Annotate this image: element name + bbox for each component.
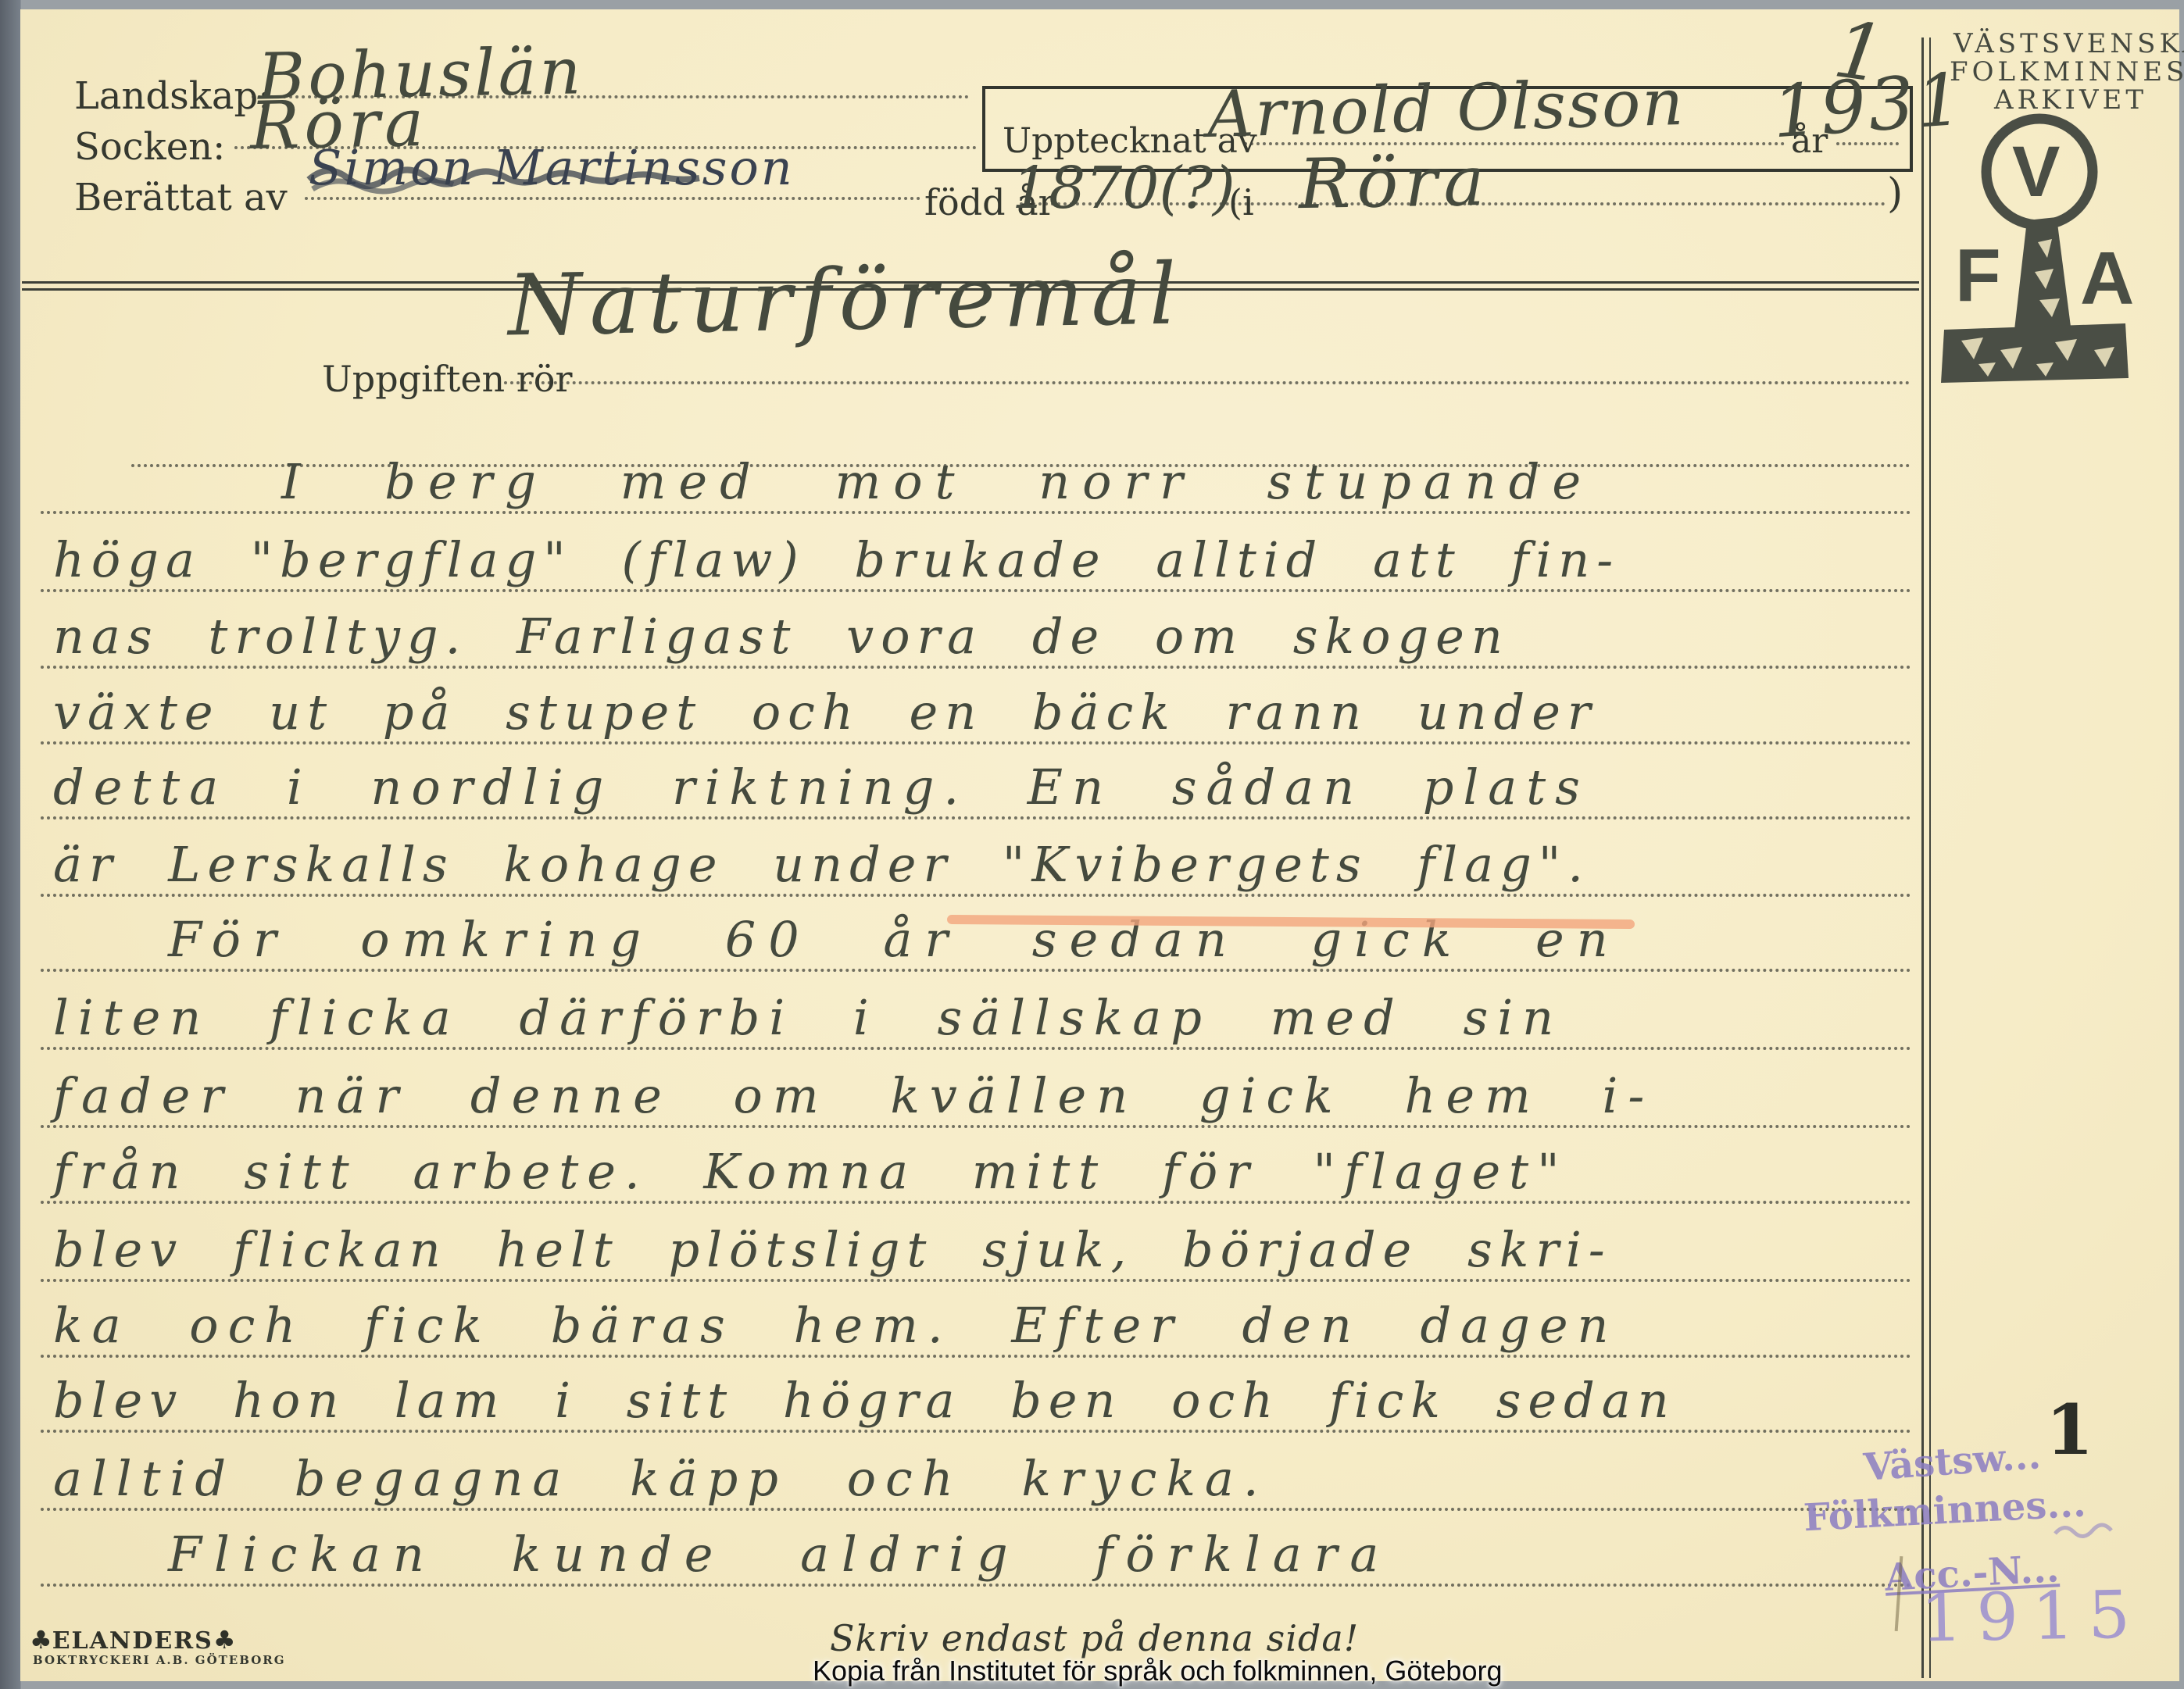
ruled-line-1 bbox=[41, 511, 1912, 514]
manuscript-line-6: är Lerskalls kohage under "Kvibergets fl… bbox=[53, 836, 1590, 893]
ruled-line-6 bbox=[41, 894, 1912, 897]
ruled-line-13 bbox=[41, 1430, 1912, 1433]
archive-name-line2: FOLKMINNES- bbox=[1950, 56, 2184, 87]
fodd-i-label: (i bbox=[1228, 181, 1254, 223]
ruled-line-14 bbox=[41, 1508, 1912, 1511]
ruled-line-10 bbox=[41, 1201, 1912, 1204]
manuscript-line-2: höga "bergflag" (flaw) brukade alltid at… bbox=[53, 531, 1620, 588]
printer-ornament-right: ♣ bbox=[213, 1625, 236, 1655]
manuscript-line-12: ka och fick bäras hem. Efter den dagen bbox=[53, 1297, 1617, 1354]
subject-value: Naturföremål bbox=[507, 245, 1185, 355]
landskap-label: Landskap: bbox=[74, 74, 270, 118]
manuscript-line-14: alltid begagna käpp och krycka. bbox=[53, 1450, 1268, 1507]
ruled-line-3 bbox=[41, 666, 1912, 669]
manuscript-line-9: fader när denne om kvällen gick hem i- bbox=[53, 1067, 1654, 1124]
printer-imprint: ♣ELANDERS♣ bbox=[30, 1625, 236, 1655]
manuscript-line-3: nas trolltyg. Farligast vora de om skoge… bbox=[53, 608, 1510, 665]
page-number-side: 1 bbox=[2046, 1389, 2093, 1470]
pen-squiggle bbox=[2051, 1514, 2121, 1545]
manuscript-line-1: I berg med mot norr stupande bbox=[281, 453, 1593, 510]
ruled-line-2 bbox=[41, 589, 1912, 592]
write-one-side-note: Skriv endast på denna sida! bbox=[830, 1617, 1359, 1659]
margin-rule-outer bbox=[1921, 37, 1924, 1678]
ruled-line-15 bbox=[41, 1584, 1912, 1587]
printer-ornament-left: ♣ bbox=[30, 1625, 52, 1655]
paren-close: ) bbox=[1887, 170, 1903, 217]
manuscript-line-13: blev hon lam i sitt högra ben och fick s… bbox=[53, 1372, 1676, 1429]
fodd-value: 1870(?) bbox=[1012, 155, 1235, 222]
ruled-line-8 bbox=[41, 1047, 1912, 1050]
subject-line bbox=[504, 381, 1911, 384]
berattat-label: Berättat av bbox=[74, 176, 288, 220]
printer-sub: BOKTRYCKERI A.B. GÖTEBORG bbox=[33, 1653, 286, 1667]
manuscript-line-11: blev flickan helt plötsligt sjuk, börjad… bbox=[53, 1221, 1612, 1278]
scanned-archive-card: Landskap: Bohuslän Socken: Röra Berättat… bbox=[0, 0, 2184, 1689]
manuscript-line-10: från sitt arbete. Komna mitt för "flaget… bbox=[53, 1143, 1568, 1200]
upptecknat-value: Arnold Olsson bbox=[1206, 66, 1685, 152]
ruled-line-5 bbox=[41, 816, 1912, 820]
manuscript-line-5: detta i nordlig riktning. En sådan plats bbox=[53, 759, 1589, 816]
ruled-line-11 bbox=[41, 1279, 1912, 1282]
name-strikethrough bbox=[305, 148, 742, 203]
fodd-ort-value: Röra bbox=[1298, 141, 1492, 224]
logo-letter-v: V bbox=[2012, 131, 2060, 213]
manuscript-line-8: liten flicka därförbi i sällskap med sin bbox=[53, 989, 1563, 1046]
ruled-line-7 bbox=[41, 969, 1912, 972]
ruled-line-4 bbox=[41, 741, 1912, 745]
copy-provenance-note: Kopia från Institutet för språk och folk… bbox=[813, 1655, 1502, 1687]
stamp-acc-number: 1915 bbox=[1920, 1577, 2144, 1657]
socken-label: Socken: bbox=[74, 125, 225, 169]
ruled-line-12 bbox=[41, 1355, 1912, 1358]
manuscript-line-4: växte ut på stupet och en bäck rann unde… bbox=[53, 684, 1598, 741]
printer-name: ELANDERS bbox=[52, 1627, 213, 1655]
logo-letter-f: F bbox=[1955, 233, 2001, 319]
logo-letter-a: A bbox=[2080, 236, 2134, 322]
margin-rule-inner bbox=[1929, 37, 1931, 1678]
ruled-line-9 bbox=[41, 1125, 1912, 1128]
subject-label: Uppgiften rör bbox=[322, 358, 572, 400]
archive-name-line1: VÄSTSVENSKA bbox=[1953, 28, 2184, 59]
manuscript-line-15: Flickan kunde aldrig förklara bbox=[168, 1526, 1391, 1583]
